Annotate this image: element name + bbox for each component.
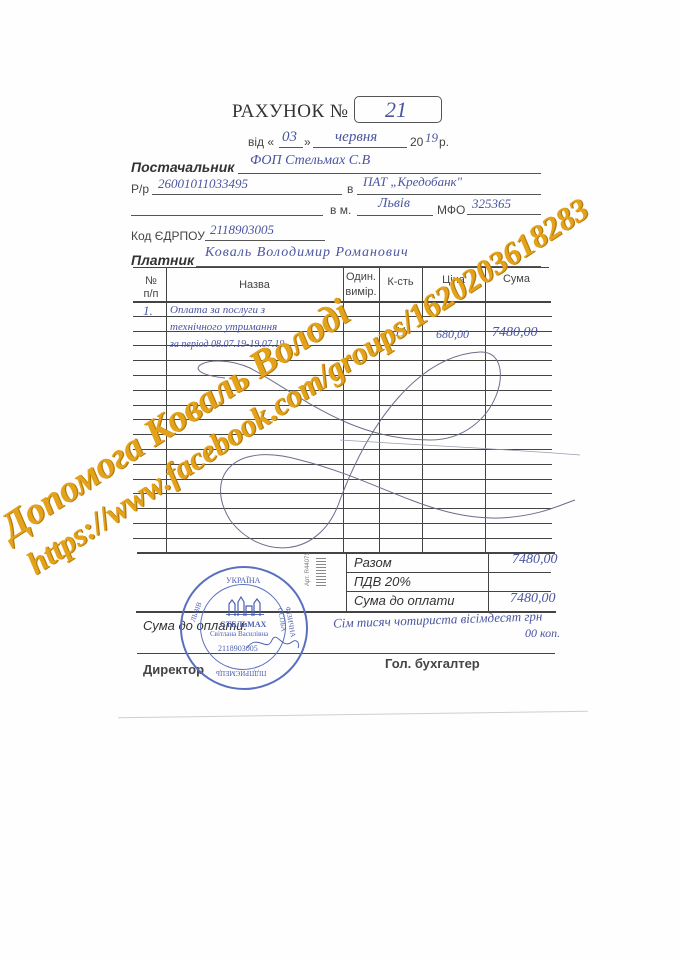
stamp-top-text: УКРАЇНА [226, 576, 260, 585]
form-code: Арт. R44071 [305, 552, 311, 586]
subtotal-label: Разом [354, 555, 392, 570]
total-label: Сума до оплати [354, 593, 455, 608]
signature-scribble [242, 628, 302, 658]
invoice-page: РАХУНОК № 21 від « 03 » червня 20 19 р. … [0, 0, 679, 960]
total-value: 7480,00 [510, 591, 556, 607]
subtotal-value: 7480,00 [512, 552, 558, 568]
barcode-icon [316, 558, 326, 586]
amount-words-line2: 00 коп. [525, 626, 560, 641]
company-stamp: УКРАЇНА СТЕЛЬМАХ Світлана Василівна 2118… [180, 566, 308, 690]
vat-label: ПДВ 20% [354, 574, 411, 589]
stamp-ring-bottom: ПІДПРИЄМЕЦЬ [216, 669, 266, 677]
accountant-label: Гол. бухгалтер [385, 656, 480, 671]
church-icon [226, 594, 264, 615]
